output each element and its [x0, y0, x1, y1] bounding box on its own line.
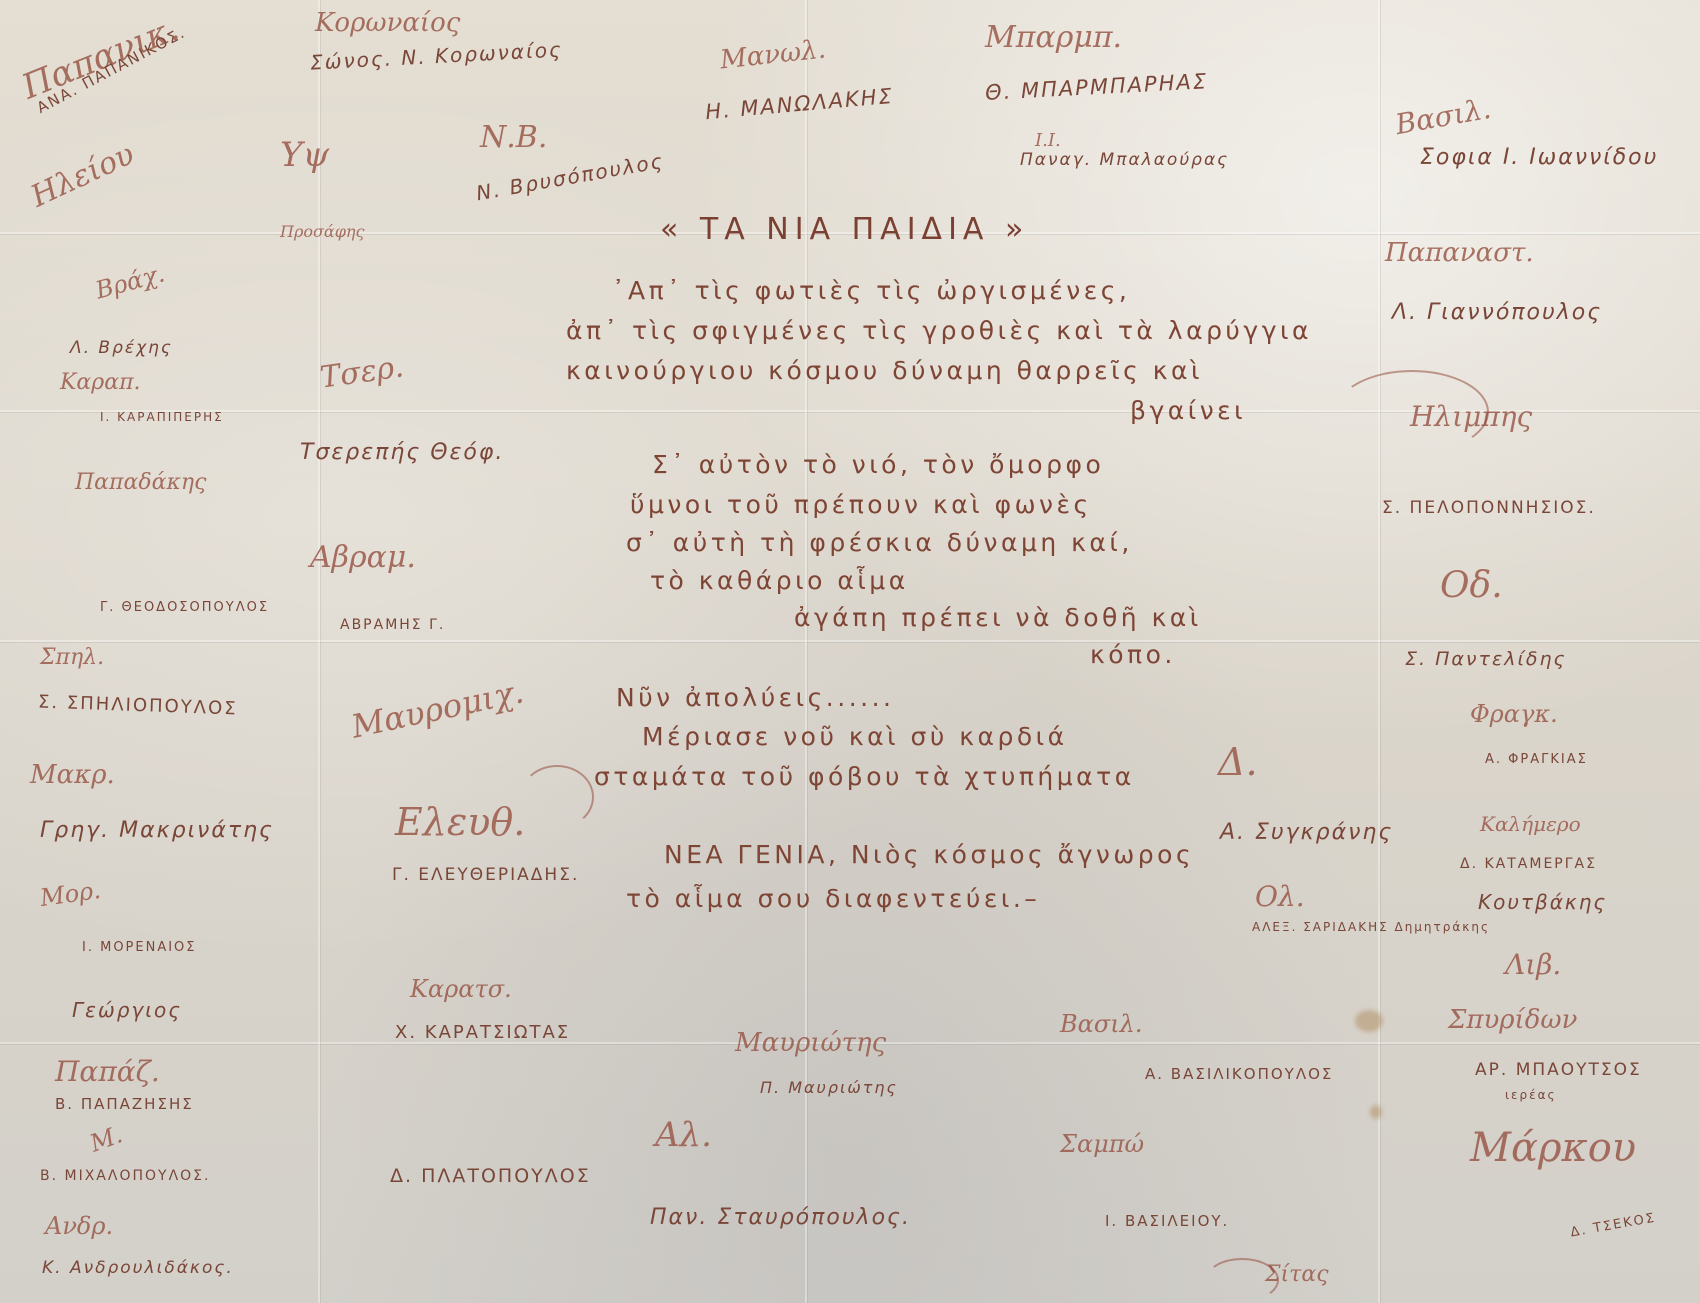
signatory-name: Λ. Γιαννόπουλος: [1392, 300, 1602, 325]
signature-flourish: [520, 765, 594, 829]
signature-scrawl: Οδ.: [1440, 565, 1503, 606]
signatory-name: Γεώργιος: [72, 998, 182, 1022]
signature-scrawl: Μάρκου: [1470, 1125, 1636, 1171]
signatory-name: Παναγ. Μπαλαούρας: [1020, 150, 1229, 170]
poem-line: ἀγάπη πρέπει νὰ δοθῆ καὶ: [794, 603, 1202, 632]
fold-crease: [0, 640, 1700, 642]
signature-scrawl: Μπαρμπ.: [985, 20, 1122, 55]
fold-crease: [318, 0, 320, 1303]
poem-line: κόπο.: [1090, 640, 1176, 669]
signatory-name: Παν. Σταυρόπουλος.: [650, 1205, 911, 1230]
signatory-name: Ι. ΚΑΡΑΠΙΠΕΡΗΣ: [100, 410, 224, 424]
signature-scrawl: Παπανικ.: [17, 9, 185, 108]
fold-crease: [805, 0, 807, 1303]
signatory-name: Δ. ΚΑΤΑΜΕΡΓΑΣ: [1460, 856, 1597, 872]
poem-line: σταμάτα τοῦ φόβου τὰ χτυπήματα: [594, 762, 1135, 791]
signature-scrawl: Σπηλ.: [40, 645, 104, 670]
signature-scrawl: Υψ: [280, 135, 329, 175]
signatory-name: Σώνος. Ν. Κορωναίος: [310, 37, 564, 74]
signatory-name: Β. ΜΙΧΑΛΟΠΟΥΛΟΣ.: [40, 1168, 210, 1184]
signature-scrawl: Μαυριώτης: [735, 1028, 886, 1058]
signature-scrawl: Καλήμερο: [1480, 812, 1581, 836]
signature-scrawl: Βασιλ.: [1393, 92, 1494, 141]
poem-title: « ΤΑ ΝΙΑ ΠΑΙΔΙΑ »: [660, 212, 1029, 247]
signature-scrawl: Αβραμ.: [310, 540, 416, 575]
poem-line: ᾿Απ᾿ τὶς φωτιὲς τὶς ὠργισμένες,: [612, 276, 1130, 305]
signatory-name: Κουτβάκης: [1478, 890, 1607, 914]
signature-scrawl: Κορωναίος: [315, 8, 460, 38]
signatory-name: Χ. ΚΑΡΑΤΣΙΩΤΑΣ: [395, 1022, 570, 1043]
signatory-name: Δ. ΠΛΑΤΟΠΟΥΛΟΣ: [390, 1165, 591, 1187]
signatory-name: Σ. ΠΕΛΟΠΟΝΝΗΣΙΟΣ.: [1382, 498, 1596, 518]
signatory-name: Δ. ΤΣΕΚΟΣ: [1569, 1211, 1657, 1241]
signature-scrawl: Ανδρ.: [45, 1212, 113, 1240]
poem-line: ΝΕΑ ΓΕΝΙΑ, Νιὸς κόσμος ἄγνωρος: [664, 840, 1194, 869]
signature-scrawl: Τσερ.: [318, 349, 406, 395]
signature-scrawl: Ηλείου: [26, 137, 140, 215]
signature-scrawl: Μακρ.: [30, 760, 115, 790]
stain: [1370, 1105, 1382, 1119]
signatory-name: Σοφια Ι. Ιωαννίδου: [1420, 145, 1658, 170]
signature-scrawl: Παπαδάκης: [75, 470, 206, 495]
poem-line: καινούργιου κόσμου δύναμη θαρρεῖς καὶ: [566, 356, 1203, 385]
poem-line: βγαίνει: [1130, 396, 1246, 425]
signature-scrawl: Σαμπώ: [1060, 1130, 1144, 1158]
document-paper: « ΤΑ ΝΙΑ ΠΑΙΔΙΑ » ᾿Απ᾿ τὶς φωτιὲς τὶς ὠρ…: [0, 0, 1700, 1303]
signature-scrawl: Καρατσ.: [410, 975, 512, 1003]
signature-flourish: [1335, 370, 1489, 454]
signatory-name: Η. ΜΑΝΩΛΑΚΗΣ: [704, 84, 894, 124]
signatory-name: Τσερεπής Θεόφ.: [300, 440, 504, 465]
signature-scrawl: Φραγκ.: [1470, 700, 1558, 728]
poem-line: τὸ καθάριο αἷμα: [650, 566, 909, 595]
signatory-name: Γ. ΘΕΟΔΟΣΟΠΟΥΛΟΣ: [100, 600, 269, 615]
signature-scrawl: Βασιλ.: [1060, 1010, 1142, 1038]
poem-line: σ᾿ αὐτὴ τὴ φρέσκια δύναμη καί,: [626, 528, 1133, 557]
signatory-name: Β. ΠΑΠΑΖΗΣΗΣ: [55, 1095, 194, 1113]
signature-scrawl: Ολ.: [1255, 880, 1305, 913]
poem-line: Μέριασε νοῦ καὶ σὺ καρδιά: [642, 722, 1068, 751]
signatory-name: Α. ΦΡΑΓΚΙΑΣ: [1485, 752, 1588, 767]
signature-scrawl: Βράχ.: [93, 259, 168, 304]
signatory-name: Σ. ΣΠΗΛΙΟΠΟΥΛΟΣ: [38, 692, 238, 720]
poem-line: ὕμνοι τοῦ πρέπουν καὶ φωνὲς: [630, 490, 1092, 519]
signatory-name: ΑΒΡΑΜΗΣ Γ.: [340, 617, 445, 633]
signature-scrawl: Παπάζ.: [55, 1055, 160, 1088]
signature-scrawl: Μαυρομιχ.: [348, 672, 527, 746]
signatory-name: ΑΡ. ΜΠΑΟΥΤΣΟΣ: [1475, 1060, 1642, 1080]
signatory-name: Λ. Βρέχης: [70, 338, 173, 358]
signatory-name: Ι. ΒΑΣΙΛΕΙΟΥ.: [1105, 1212, 1229, 1230]
signatory-name: Γρηγ. Μακρινάτης: [40, 818, 274, 843]
signature-scrawl: Προσάφης: [280, 222, 364, 241]
signatory-name: Α. Συγκράνης: [1220, 820, 1393, 845]
signature-scrawl: Καραπ.: [60, 370, 141, 395]
signatory-name: Ν. Βρυσόπουλος: [474, 149, 666, 206]
signature-scrawl: Ν.Β.: [480, 120, 547, 155]
signature-scrawl: Λιβ.: [1505, 948, 1561, 981]
poem-line: ἀπ᾿ τὶς σφιγμένες τὶς γροθιὲς καὶ τὰ λαρ…: [566, 316, 1312, 345]
signatory-name: Γ. ΕΛΕΥΘΕΡΙΑΔΗΣ.: [392, 865, 579, 885]
signatory-name: Κ. Ανδρουλιδάκος.: [42, 1258, 234, 1278]
signature-scrawl: Δ.: [1218, 740, 1258, 784]
signatory-name: ιερέας: [1505, 1088, 1557, 1102]
poem-line: Σ᾿ αὐτὸν τὸ νιό, τὸν ὄμορφο: [652, 450, 1104, 479]
signatory-name: Ι. ΜΟΡΕΝΑΙΟΣ: [82, 940, 197, 955]
signatory-name: Θ. ΜΠΑΡΜΠΑΡΗΑΣ: [985, 69, 1209, 105]
signature-scrawl: Μανωλ.: [719, 35, 827, 76]
poem-line: τὸ αἷμα σου διαφεντεύει.–: [626, 884, 1040, 913]
signature-scrawl: Παπαναστ.: [1385, 238, 1534, 268]
signatory-name: Α. ΒΑΣΙΛΙΚΟΠΟΥΛΟΣ: [1145, 1065, 1333, 1083]
stain: [1355, 1010, 1383, 1032]
signature-scrawl: Σπυρίδων: [1448, 1005, 1577, 1035]
signatory-name: Π. Μαυριώτης: [760, 1078, 898, 1097]
signature-scrawl: Μ.: [86, 1120, 126, 1157]
signatory-name: Σ. Παντελίδης: [1405, 648, 1567, 670]
signature-flourish: [1205, 1258, 1279, 1302]
signatory-name: ΑΛΕΞ. ΣΑΡΙΔΑΚΗΣ Δημητράκης: [1252, 920, 1490, 934]
signature-scrawl: Αλ.: [655, 1115, 712, 1155]
signature-scrawl: Μορ.: [38, 876, 102, 912]
signature-scrawl: Ελευθ.: [395, 800, 525, 844]
signature-scrawl: Ι.Ι.: [1035, 130, 1061, 151]
poem-line: Νῦν ἀπολύεις......: [616, 683, 895, 712]
